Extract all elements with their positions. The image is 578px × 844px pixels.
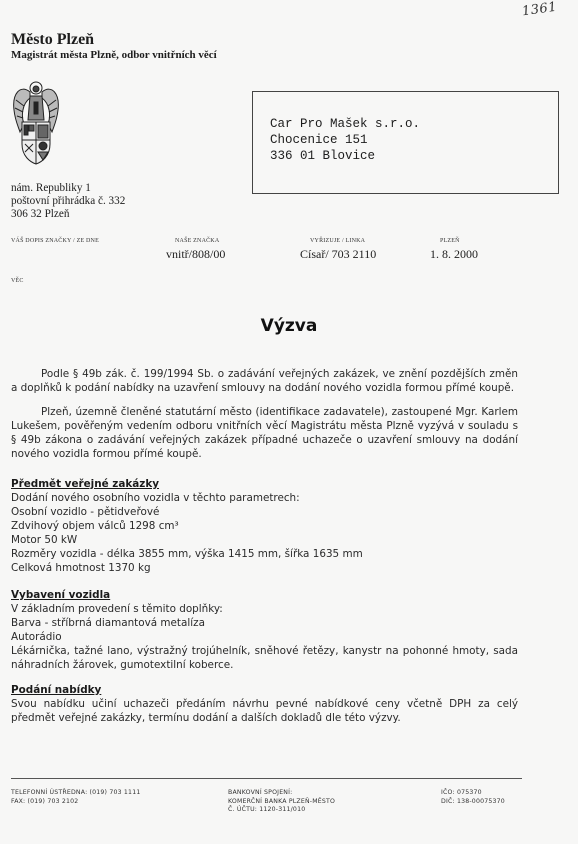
section-heading: Vybavení vozidla — [11, 588, 518, 602]
section-heading: Podání nabídky — [11, 683, 518, 697]
handler-value: Císař/ 703 2110 — [300, 247, 376, 262]
footer-bank: BANKOVNÍ SPOJENÍ: KOMERČNÍ BANKA PLZEŇ-M… — [228, 789, 335, 815]
section-line: Rozměry vozidla - délka 3855 mm, výška 1… — [11, 547, 518, 561]
section-line: Celková hmotnost 1370 kg — [11, 561, 518, 575]
footer-line: FAX: (019) 703 2102 — [11, 798, 140, 807]
section-line: Barva - stříbrná diamantová metalíza — [11, 616, 518, 630]
your-letter-label: VÁŠ DOPIS ZNAČKY / ZE DNE — [11, 238, 99, 244]
section-contract-subject: Předmět veřejné zakázky Dodání nového os… — [11, 477, 518, 575]
footer-line: IČO: 075370 — [441, 789, 505, 798]
footer-ids: IČO: 075370 DIČ: 138-00075370 — [441, 789, 505, 806]
city-title: Město Plzeň — [11, 31, 94, 49]
section-line: Osobní vozidlo - pětidveřové — [11, 505, 518, 519]
recipient-line: Chocenice 151 — [270, 132, 420, 148]
place-label: PLZEŇ — [440, 238, 460, 244]
recipient-line: 336 01 Blovice — [270, 148, 420, 164]
handwritten-reference-number: 1361 — [521, 0, 558, 19]
section-line: Lékárnička, tažné lano, výstražný trojúh… — [11, 644, 518, 672]
contracting-authority-paragraph: Plzeň, územně členěné statutární město (… — [11, 405, 518, 461]
section-line: V základním provedení s těmito doplňky: — [11, 602, 518, 616]
subject-label: VĚC — [11, 278, 24, 284]
intro-paragraph: Podle § 49b zák. č. 199/1994 Sb. o zadáv… — [11, 367, 518, 395]
office-subtitle: Magistrát města Plzně, odbor vnitřních v… — [11, 49, 217, 61]
section-line: Autorádio — [11, 630, 518, 644]
recipient-address: Car Pro Mašek s.r.o. Chocenice 151 336 0… — [270, 116, 420, 164]
our-ref-label: NAŠE ZNAČKA — [175, 238, 219, 244]
footer-line: KOMERČNÍ BANKA PLZEŇ-MĚSTO — [228, 798, 335, 807]
footer-line: Č. ÚČTU: 1120-311/010 — [228, 806, 335, 815]
footer-line: BANKOVNÍ SPOJENÍ: — [228, 789, 335, 798]
section-line: Zdvihový objem válců 1298 cm³ — [11, 519, 518, 533]
section-line: Motor 50 kW — [11, 533, 518, 547]
our-ref-value: vnitř/808/00 — [166, 247, 225, 262]
section-line: Dodání nového osobního vozidla v těchto … — [11, 491, 518, 505]
footer-divider — [226, 778, 522, 779]
address-line: nám. Republiky 1 — [11, 182, 125, 195]
section-vehicle-equipment: Vybavení vozidla V základním provedení s… — [11, 588, 518, 672]
section-heading: Předmět veřejné zakázky — [11, 477, 518, 491]
sender-address: nám. Republiky 1 poštovní přihrádka č. 3… — [11, 182, 125, 222]
section-offer-submission: Podání nabídky Svou nabídku učiní uchaze… — [11, 683, 518, 725]
address-line: poštovní přihrádka č. 332 — [11, 195, 125, 208]
date-value: 1. 8. 2000 — [430, 247, 478, 262]
footer-line: DIČ: 138-00075370 — [441, 798, 505, 807]
handler-label: VYŘIZUJE / LINKA — [310, 238, 365, 244]
coat-of-arms-icon — [10, 80, 62, 166]
document-title: Výzva — [0, 316, 578, 336]
recipient-line: Car Pro Mašek s.r.o. — [270, 116, 420, 132]
section-line: Svou nabídku učiní uchazeči předáním náv… — [11, 697, 518, 725]
footer-line: TELEFONNÍ ÚSTŘEDNA: (019) 703 1111 — [11, 789, 140, 798]
address-line: 306 32 Plzeň — [11, 208, 125, 221]
footer-phone: TELEFONNÍ ÚSTŘEDNA: (019) 703 1111 FAX: … — [11, 789, 140, 806]
